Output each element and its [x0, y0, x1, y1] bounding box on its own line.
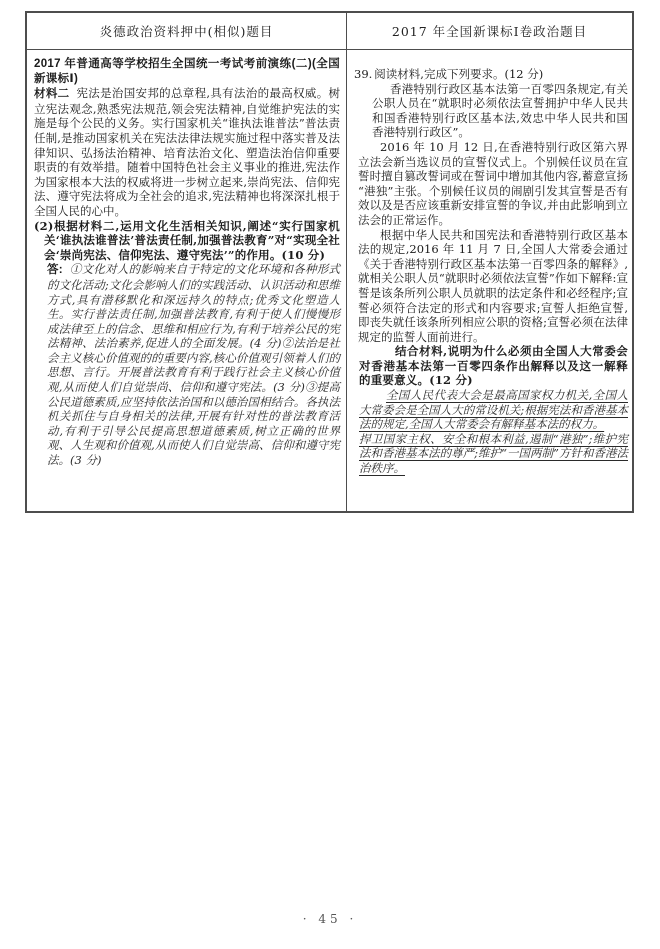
question-paragraph: (2)根据材料二,运用文化生活相关知识,阐述“实行国家机关‘谁执法谁普法’普法责…	[34, 219, 340, 263]
table-body-row: 2017 年普通高等学校招生全国统一考试考前演练(二)(全国新课标Ⅰ) 材料二宪…	[27, 50, 632, 511]
material-text: 宪法是治国安邦的总章程,具有法治的最高权威。树立宪法观念,熟悉宪法规范,领会宪法…	[34, 86, 340, 218]
right-column-cell: 39.阅读材料,完成下列要求。(12 分) 香港特别行政区基本法第一百零四条规定…	[346, 50, 632, 511]
task-paragraph: 结合材料,说明为什么必须由全国人大常委会对香港基本法第一百零四条作出解释以及这一…	[359, 344, 628, 388]
table-header-row: 炎德政治资料押中(相似)题目 2017 年全国新课标Ⅰ卷政治题目	[27, 13, 632, 50]
comparison-table: 炎德政治资料押中(相似)题目 2017 年全国新课标Ⅰ卷政治题目 2017 年普…	[25, 11, 634, 513]
left-column-cell: 2017 年普通高等学校招生全国统一考试考前演练(二)(全国新课标Ⅰ) 材料二宪…	[27, 50, 346, 511]
handwritten-answer-1: 全国人民代表大会是最高国家权力机关,全国人大常委会是全国人大的常设机关;根据宪法…	[359, 388, 628, 432]
page-number: · 45 ·	[0, 912, 660, 926]
question-intro-text: 阅读材料,完成下列要求。(12 分)	[374, 67, 543, 81]
answer-label: 答:	[47, 264, 63, 276]
question-number: 39.	[354, 67, 372, 81]
material-paragraph-3: 根据中华人民共和国宪法和香港特别行政区基本法的规定,2016 年 11 月 7 …	[358, 228, 628, 345]
material-paragraph: 材料二宪法是治国安邦的总章程,具有法治的最高权威。树立宪法观念,熟悉宪法规范,领…	[34, 86, 340, 218]
header-left-title: 炎德政治资料押中(相似)题目	[100, 22, 274, 40]
answer-text: ①文化对人的影响来自于特定的文化环境和各种形式的文化活动;文化会影响人们的实践活…	[47, 262, 340, 467]
header-right-title: 2017 年全国新课标Ⅰ卷政治题目	[392, 22, 587, 40]
material-paragraph-1: 香港特别行政区基本法第一百零四条规定,有关公职人员在“就职时必须依法宣誓拥护中华…	[372, 82, 628, 140]
handwritten-answer-2: 捍卫国家主权、安全和根本利益,遏制“港独”;维护宪法和香港基本法的尊严;维护“一…	[359, 432, 628, 476]
answer-paragraph: 答:①文化对人的影响来自于特定的文化环境和各种形式的文化活动;文化会影响人们的实…	[47, 262, 340, 467]
header-right-cell: 2017 年全国新课标Ⅰ卷政治题目	[346, 13, 632, 49]
exam-title: 2017 年普通高等学校招生全国统一考试考前演练(二)(全国新课标Ⅰ)	[34, 57, 340, 86]
question-39-intro: 39.阅读材料,完成下列要求。(12 分)	[354, 67, 628, 82]
material-label: 材料二	[34, 88, 69, 100]
header-left-cell: 炎德政治资料押中(相似)题目	[27, 13, 346, 49]
material-paragraph-2: 2016 年 10 月 12 日,在香港特别行政区第六界立法会新当选议员的宣誓仪…	[358, 140, 628, 228]
